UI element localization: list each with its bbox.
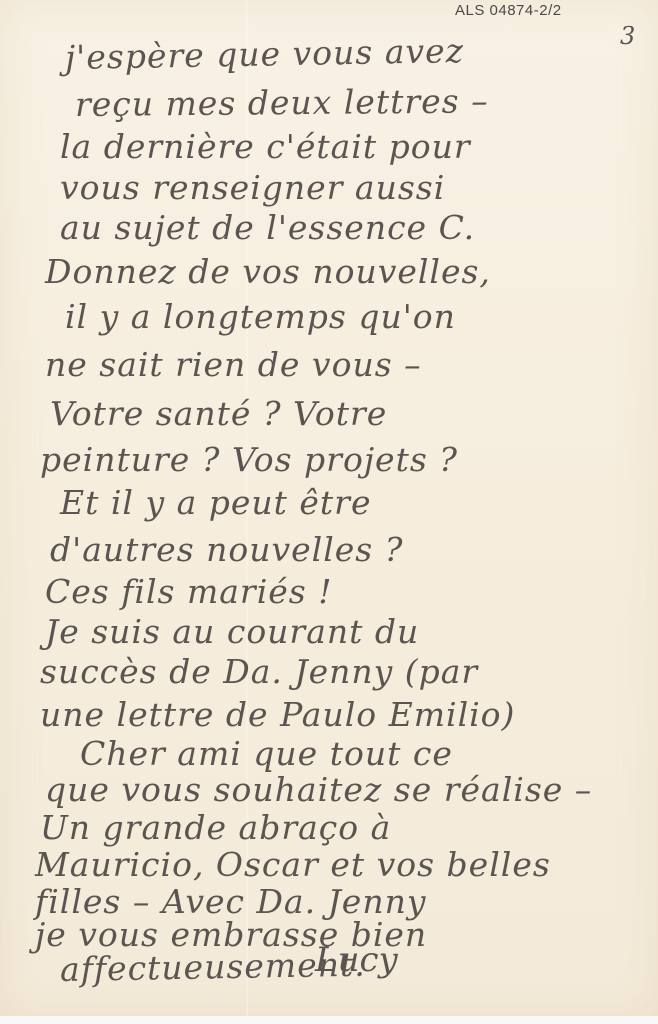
letter-line: reçu mes deux lettres –	[75, 81, 489, 124]
letter-line: ne sait rien de vous –	[45, 345, 422, 384]
letter-line: que vous souhaitez se réalise –	[45, 770, 592, 809]
letter-line: succès de Da. Jenny (par	[40, 652, 478, 691]
letter-line: Je suis au courant du	[45, 612, 419, 651]
letter-line: Ces fils mariés !	[45, 572, 332, 611]
archive-reference: ALS 04874-2/2	[455, 2, 562, 19]
letter-page: ALS 04874-2/2 3 j'espère que vous avez r…	[0, 0, 658, 1016]
letter-line: d'autres nouvelles ?	[50, 530, 403, 569]
letter-line: Et il y a peut être	[60, 483, 372, 522]
letter-line: il y a longtemps qu'on	[65, 297, 456, 336]
letter-line: peinture ? Vos projets ?	[40, 440, 458, 479]
letter-line: Un grande abraço à	[40, 808, 391, 847]
page-number: 3	[620, 22, 635, 50]
letter-line: vous renseigner aussi	[60, 168, 445, 207]
letter-line: Mauricio, Oscar et vos belles	[35, 845, 551, 884]
letter-line: Donnez de vos nouvelles,	[45, 252, 491, 291]
signature: Lucy	[315, 940, 398, 980]
letter-line: j'espère que vous avez	[65, 31, 465, 77]
letter-line: une lettre de Paulo Emilio)	[40, 695, 515, 734]
letter-line: au sujet de l'essence C.	[60, 208, 475, 247]
scan-bottom-margin	[0, 1016, 658, 1024]
letter-line: Votre santé ? Votre	[50, 394, 387, 433]
letter-line: Cher ami que tout ce	[80, 734, 453, 773]
letter-line: la dernière c'était pour	[60, 127, 471, 166]
